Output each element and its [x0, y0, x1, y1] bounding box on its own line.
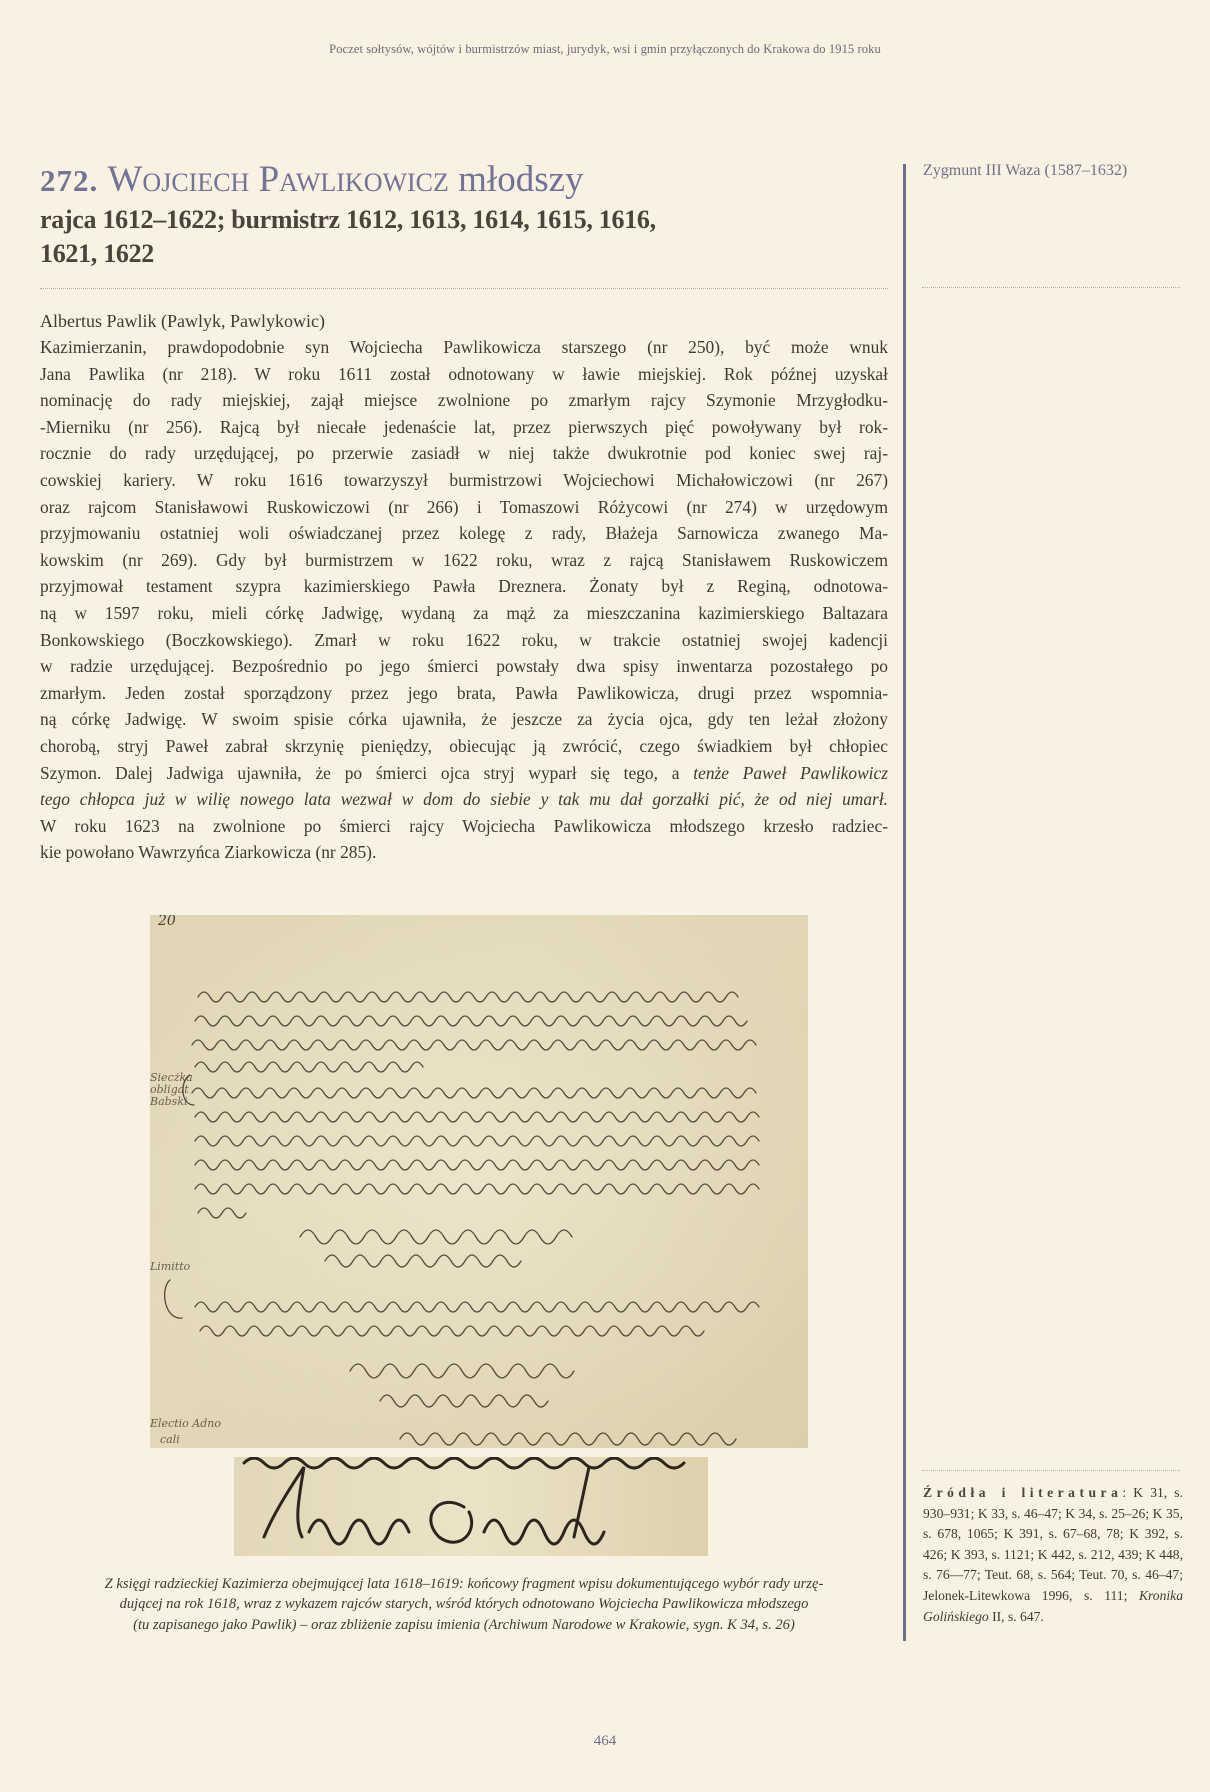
- sidebar-dotted-divider: [922, 287, 1180, 288]
- body-line: W roku 1623 na zwolnione po śmierci rajc…: [40, 813, 888, 840]
- sources-tail: II, s. 647.: [989, 1609, 1044, 1624]
- body-line: kowskim (nr 269). Gdy był burmistrzem w …: [40, 547, 888, 574]
- svg-text:20: 20: [157, 915, 176, 929]
- caption-line: Z księgi radzieckiej Kazimierza obejmują…: [40, 1574, 888, 1594]
- manuscript-image: 20 Siecżka obligat Babski Li: [150, 915, 808, 1448]
- ruler-label: Zygmunt III Waza (1587–1632): [923, 162, 1183, 180]
- body-line: nominację do rady miejskiej, zajął miejs…: [40, 387, 888, 414]
- entry-offices-line: 1621, 1622: [40, 237, 888, 271]
- body-line: rocznie do rady urzędującej, po przerwie…: [40, 440, 888, 467]
- svg-text:cali: cali: [160, 1433, 180, 1446]
- entry-offices: rajca 1612–1622; burmistrz 1612, 1613, 1…: [40, 203, 888, 271]
- caption-line: (tu zapisanego jako Pawlik) – oraz zbliż…: [40, 1615, 888, 1635]
- entry-number: 272.: [40, 163, 98, 198]
- body-line: zmarłym. Jeden został sporządzony przez …: [40, 680, 888, 707]
- quotation-italic-line: tego chłopca już w wilię nowego lata wez…: [40, 786, 888, 813]
- caption-line: dującej na rok 1618, wraz z wykazem rajc…: [40, 1594, 888, 1614]
- entry-title: 272. Wojciech Pawlikowicz młodszy: [40, 160, 888, 201]
- entry-offices-line: rajca 1612–1622; burmistrz 1612, 1613, 1…: [40, 203, 888, 237]
- dotted-divider: [40, 288, 888, 289]
- signature-handwriting: [234, 1457, 708, 1556]
- entry-alias: Albertus Pawlik (Pawlyk, Pawlykowic): [40, 308, 325, 334]
- signature-closeup-image: [234, 1457, 708, 1556]
- quotation-italic: tenże Paweł Pawlikowicz: [693, 763, 888, 783]
- body-line: przyjmował testament szypra kazimierskie…: [40, 573, 888, 600]
- body-line: kie powołano Wawrzyńca Ziarkowicza (nr 2…: [40, 839, 888, 866]
- body-line: Kazimierzanin, prawdopodobnie syn Wojcie…: [40, 334, 888, 361]
- svg-text:Limitto: Limitto: [150, 1260, 191, 1273]
- body-text-plain: Szymon. Dalej Jadwiga ujawniła, że po śm…: [40, 763, 693, 783]
- sources-text: K 31, s. 930–931; K 33, s. 46–47; K 34, …: [923, 1485, 1183, 1603]
- entry-name: Wojciech Pawlikowicz: [108, 159, 449, 200]
- entry-header: 272. Wojciech Pawlikowicz młodszy rajca …: [40, 160, 888, 271]
- body-line: Bonkowskiego (Boczkowskiego). Zmarł w ro…: [40, 627, 888, 654]
- body-line: Jana Pawlika (nr 218). W roku 1611 zosta…: [40, 361, 888, 388]
- manuscript-handwriting: 20 Siecżka obligat Babski Li: [150, 915, 808, 1448]
- body-line: chorobą, stryj Paweł zabrał skrzynię pie…: [40, 733, 888, 760]
- body-line: w radzie urzędującej. Bezpośrednio po je…: [40, 653, 888, 680]
- entry-body: Kazimierzanin, prawdopodobnie syn Wojcie…: [40, 334, 888, 866]
- running-head: Poczet sołtysów, wójtów i burmistrzów mi…: [0, 42, 1210, 57]
- figure-caption: Z księgi radzieckiej Kazimierza obejmują…: [40, 1574, 888, 1635]
- sources-block: Źródła i literatura: K 31, s. 930–931; K…: [923, 1483, 1183, 1627]
- svg-text:Babski: Babski: [150, 1095, 188, 1108]
- body-line: -Mierniku (nr 256). Rajcą był niecałe je…: [40, 414, 888, 441]
- body-line: cowskiej kariery. W roku 1616 towarzyszy…: [40, 467, 888, 494]
- page-number: 464: [0, 1733, 1210, 1750]
- body-line: Szymon. Dalej Jadwiga ujawniła, że po śm…: [40, 760, 888, 787]
- column-divider: [903, 164, 906, 1641]
- sources-label: Źródła i literatura: [923, 1485, 1122, 1500]
- entry-name-suffix: młodszy: [458, 159, 583, 200]
- sidebar-dotted-divider: [922, 1470, 1180, 1471]
- svg-text:Electio Adno: Electio Adno: [150, 1417, 221, 1430]
- body-line: ną w 1597 roku, mieli córkę Jadwigę, wyd…: [40, 600, 888, 627]
- body-line: przyjmowaniu ostatniej woli oświadczanej…: [40, 520, 888, 547]
- body-line: ną córkę Jadwigę. W swoim spisie córka u…: [40, 706, 888, 733]
- body-line: oraz rajcom Stanisławowi Ruskowiczowi (n…: [40, 494, 888, 521]
